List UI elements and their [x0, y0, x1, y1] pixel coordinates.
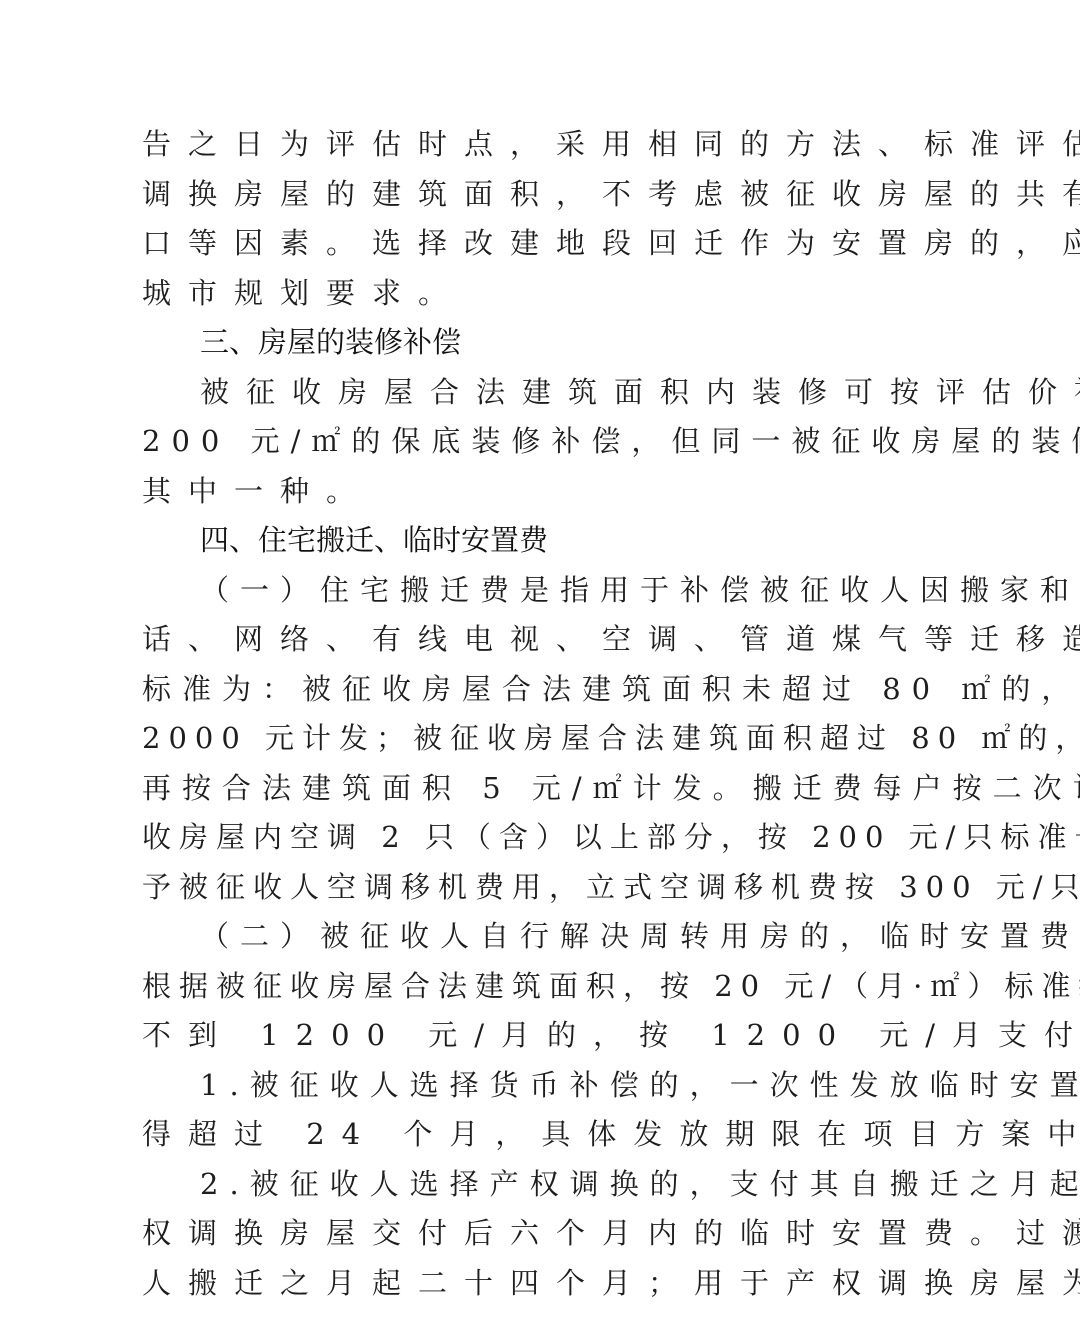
- paragraph-line: 收房屋内空调 2 只（含）以上部分，按 200 元/只标准一次性给: [142, 813, 954, 863]
- paragraph-line: （二）被征收人自行解决周转用房的，临时安置费标准为：: [142, 912, 954, 962]
- section-heading-decoration-compensation: 三、房屋的装修补偿: [142, 318, 954, 368]
- paragraph-line: 2000 元计发；被征收房屋合法建筑面积超过 80 ㎡的，超过部分: [142, 714, 954, 764]
- paragraph-line: 权调换房屋交付后六个月内的临时安置费。过渡期限为自被征收: [142, 1209, 954, 1259]
- paragraph-line: （一）住宅搬迁费是指用于补偿被征收人因搬家和固定电: [142, 566, 954, 616]
- paragraph-line: 被征收房屋合法建筑面积内装修可按评估价补偿，也可选择: [142, 368, 954, 418]
- paragraph-line: 调换房屋的建筑面积，不考虑被征收房屋的共有人数量、登记户: [142, 170, 954, 220]
- paragraph-line: 口等因素。选择改建地段回迁作为安置房的，应服从改建区域内: [142, 219, 954, 269]
- paragraph-line: 不到 1200 元/月的，按 1200 元/月支付。: [142, 1011, 954, 1061]
- paragraph-line: 1.被征收人选择货币补偿的，一次性发放临时安置费，但不: [142, 1061, 954, 1111]
- paragraph-line: 得超过 24 个月，具体发放期限在项目方案中明确；: [142, 1110, 954, 1160]
- paragraph-line: 200 元/㎡的保底装修补偿，但同一被征收房屋的装修只能选择: [142, 417, 954, 467]
- paragraph-line: 再按合法建筑面积 5 元/㎡计发。搬迁费每户按二次计算。被征: [142, 764, 954, 814]
- section-heading-relocation-fees: 四、住宅搬迁、临时安置费: [142, 516, 954, 566]
- paragraph-line: 城市规划要求。: [142, 269, 954, 319]
- paragraph-line: 其中一种。: [142, 467, 954, 517]
- document-page: 告之日为评估时点，采用相同的方法、标准评估确定。用于产权 调换房屋的建筑面积，不…: [142, 120, 954, 1308]
- paragraph-line: 2.被征收人选择产权调换的，支付其自搬迁之月起至用于产: [142, 1160, 954, 1210]
- paragraph-line: 标准为：被征收房屋合法建筑面积未超过 80 ㎡的，每户每次按: [142, 665, 954, 715]
- paragraph-line: 告之日为评估时点，采用相同的方法、标准评估确定。用于产权: [142, 120, 954, 170]
- paragraph-line: 予被征收人空调移机费用，立式空调移机费按 300 元/只计发。: [142, 863, 954, 913]
- paragraph-line: 人搬迁之月起二十四个月；用于产权调换房屋为房屋征收范围内: [142, 1259, 954, 1309]
- paragraph-line: 根据被征收房屋合法建筑面积，按 20 元/（月·㎡）标准结算；: [142, 962, 954, 1012]
- paragraph-line: 话、网络、有线电视、空调、管道煤气等迁移造成的损失。补偿: [142, 615, 954, 665]
